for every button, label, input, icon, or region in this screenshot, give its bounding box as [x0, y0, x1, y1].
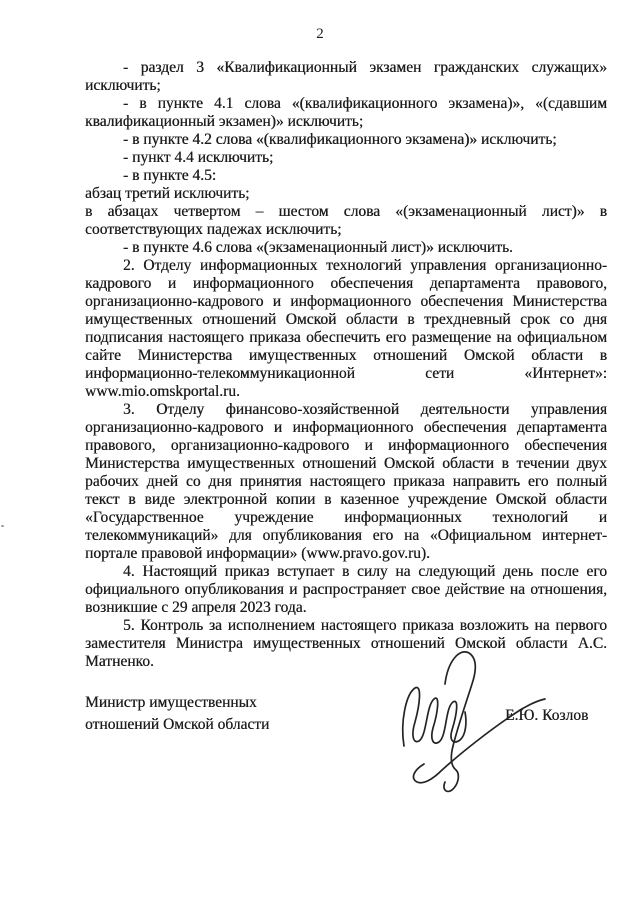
list-item-point-4-2: - в пункте 4.2 слова «(квалификационного…: [85, 131, 607, 149]
list-item-point-4-5: - в пункте 4.5:: [85, 167, 607, 185]
page-number: 2: [0, 26, 640, 43]
signer-title-line2: отношений Омской области: [85, 714, 345, 736]
list-item-point-4-4: - пункт 4.4 исключить;: [85, 149, 607, 167]
scan-artifact-speck: [1, 525, 4, 527]
list-item-point-4-1: - в пункте 4.1 слова «(квалификационного…: [85, 95, 607, 131]
signer-title: Министр имущественных отношений Омской о…: [85, 692, 345, 736]
document-page: 2 - раздел 3 «Квалификационный экзамен г…: [0, 0, 640, 905]
signer-title-line1: Министр имущественных: [85, 692, 345, 714]
paragraph-4: 4. Настоящий приказ вступает в силу на с…: [85, 563, 607, 617]
document-body: - раздел 3 «Квалификационный экзамен гра…: [85, 59, 607, 671]
subitem-abzac-third: абзац третий исключить;: [85, 185, 607, 203]
paragraph-3: 3. Отделу финансово-хозяйственной деятел…: [85, 401, 607, 563]
list-item-section-3: - раздел 3 «Квалификационный экзамен гра…: [85, 59, 607, 95]
list-item-point-4-6: - в пункте 4.6 слова «(экзаменационный л…: [85, 239, 607, 257]
signer-name: Е.Ю. Козлов: [505, 707, 588, 725]
paragraph-2: 2. Отделу информационных технологий упра…: [85, 257, 607, 401]
subitem-abzac-fourth-sixth: в абзацах четвертом – шестом слова «(экз…: [85, 203, 607, 239]
